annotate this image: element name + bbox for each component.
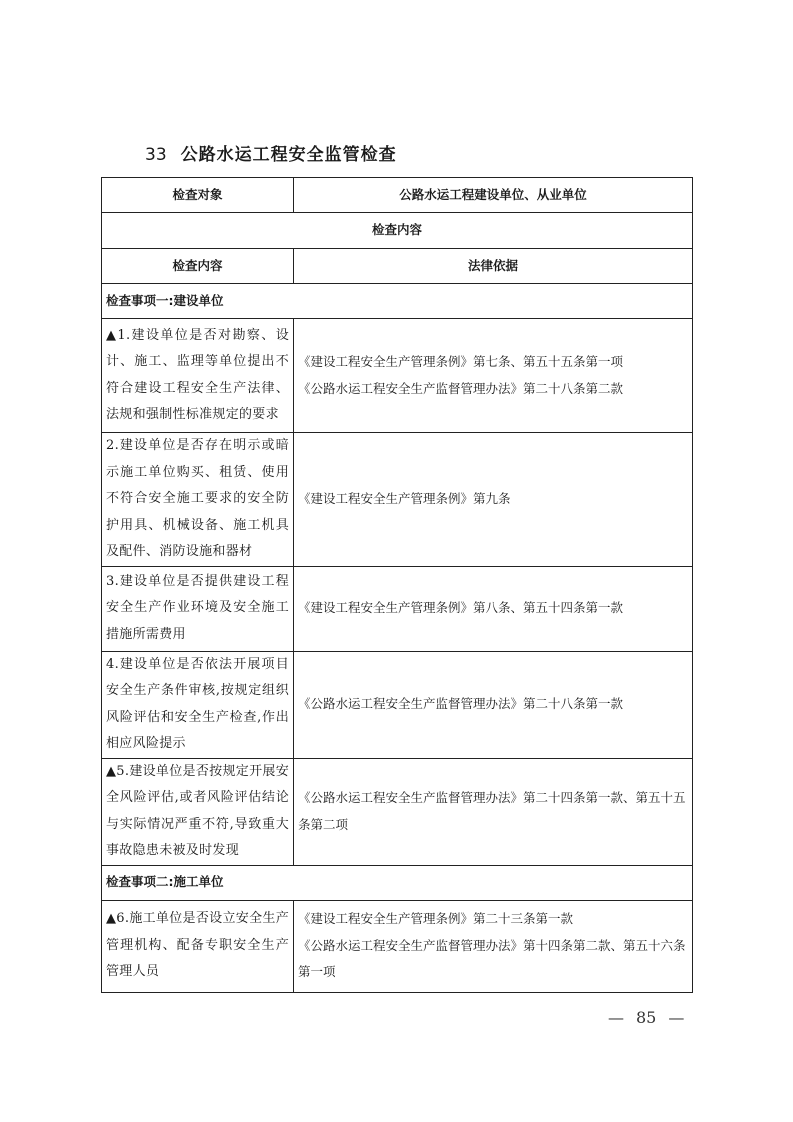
law-basis: 《建设工程安全生产管理条例》第七条、第五十五条第一项 《公路水运工程安全生产监督… <box>294 319 693 433</box>
footer-dash-left: — <box>608 1008 624 1027</box>
section-row: 检查事项二:施工单位 <box>102 865 693 900</box>
page-title: 33公路水运工程安全监管检查 <box>145 140 397 165</box>
col-header-content: 检查内容 <box>102 249 294 284</box>
column-header-row: 检查内容 法律依据 <box>102 249 693 284</box>
object-value: 公路水运工程建设单位、从业单位 <box>294 178 693 213</box>
table-row: 4.建设单位是否依法开展项目安全生产条件审核,按规定组织风险评估和安全生产检查,… <box>102 651 693 758</box>
col-header-law: 法律依据 <box>294 249 693 284</box>
law-line: 《公路水运工程安全生产监督管理办法》第二十四条第一款、第五十五条第二项 <box>298 785 688 838</box>
section-title: 检查事项一:建设单位 <box>102 284 693 319</box>
page-number: 85 <box>636 1008 656 1027</box>
object-row: 检查对象 公路水运工程建设单位、从业单位 <box>102 178 693 213</box>
content-section-row: 检查内容 <box>102 213 693 249</box>
object-label: 检查对象 <box>102 178 294 213</box>
check-item: 4.建设单位是否依法开展项目安全生产条件审核,按规定组织风险评估和安全生产检查,… <box>102 651 294 758</box>
footer-dash-right: — <box>668 1008 684 1027</box>
page-footer: —85— <box>596 1008 696 1027</box>
check-item: 2.建设单位是否存在明示或暗示施工单位购买、租赁、使用不符合安全施工要求的安全防… <box>102 433 294 567</box>
table-row: ▲6.施工单位是否设立安全生产管理机构、配备专职安全生产管理人员 《建设工程安全… <box>102 900 693 992</box>
law-basis: 《建设工程安全生产管理条例》第九条 <box>294 433 693 567</box>
content-section-label: 检查内容 <box>102 213 693 249</box>
section-number: 33 <box>145 145 167 165</box>
table-row: ▲5.建设单位是否按规定开展安全风险评估,或者风险评估结论与实际情况严重不符,导… <box>102 758 693 865</box>
check-item: 3.建设单位是否提供建设工程安全生产作业环境及安全施工措施所需费用 <box>102 566 294 651</box>
law-basis: 《建设工程安全生产管理条例》第二十三条第一款 《公路水运工程安全生产监督管理办法… <box>294 900 693 992</box>
law-line: 《公路水运工程安全生产监督管理办法》第二十八条第二款 <box>298 376 688 403</box>
law-line: 《建设工程安全生产管理条例》第九条 <box>298 486 688 513</box>
section-row: 检查事项一:建设单位 <box>102 284 693 319</box>
section-title: 检查事项二:施工单位 <box>102 865 693 900</box>
table-row: 3.建设单位是否提供建设工程安全生产作业环境及安全施工措施所需费用 《建设工程安… <box>102 566 693 651</box>
table-row: 2.建设单位是否存在明示或暗示施工单位购买、租赁、使用不符合安全施工要求的安全防… <box>102 433 693 567</box>
law-basis: 《公路水运工程安全生产监督管理办法》第二十四条第一款、第五十五条第二项 <box>294 758 693 865</box>
law-line: 《公路水运工程安全生产监督管理办法》第二十八条第一款 <box>298 691 688 718</box>
section-title: 公路水运工程安全监管检查 <box>181 145 397 165</box>
check-item: ▲5.建设单位是否按规定开展安全风险评估,或者风险评估结论与实际情况严重不符,导… <box>102 758 294 865</box>
law-line: 《建设工程安全生产管理条例》第二十三条第一款 <box>298 906 688 933</box>
inspection-table: 检查对象 公路水运工程建设单位、从业单位 检查内容 检查内容 法律依据 检查事项… <box>101 177 693 993</box>
law-basis: 《建设工程安全生产管理条例》第八条、第五十四条第一款 <box>294 566 693 651</box>
check-item: ▲1.建设单位是否对勘察、设计、施工、监理等单位提出不符合建设工程安全生产法律、… <box>102 319 294 433</box>
table-row: ▲1.建设单位是否对勘察、设计、施工、监理等单位提出不符合建设工程安全生产法律、… <box>102 319 693 433</box>
law-line: 《公路水运工程安全生产监督管理办法》第十四条第二款、第五十六条第一项 <box>298 933 688 986</box>
check-item: ▲6.施工单位是否设立安全生产管理机构、配备专职安全生产管理人员 <box>102 900 294 992</box>
law-basis: 《公路水运工程安全生产监督管理办法》第二十八条第一款 <box>294 651 693 758</box>
law-line: 《建设工程安全生产管理条例》第八条、第五十四条第一款 <box>298 595 688 622</box>
law-line: 《建设工程安全生产管理条例》第七条、第五十五条第一项 <box>298 349 688 376</box>
